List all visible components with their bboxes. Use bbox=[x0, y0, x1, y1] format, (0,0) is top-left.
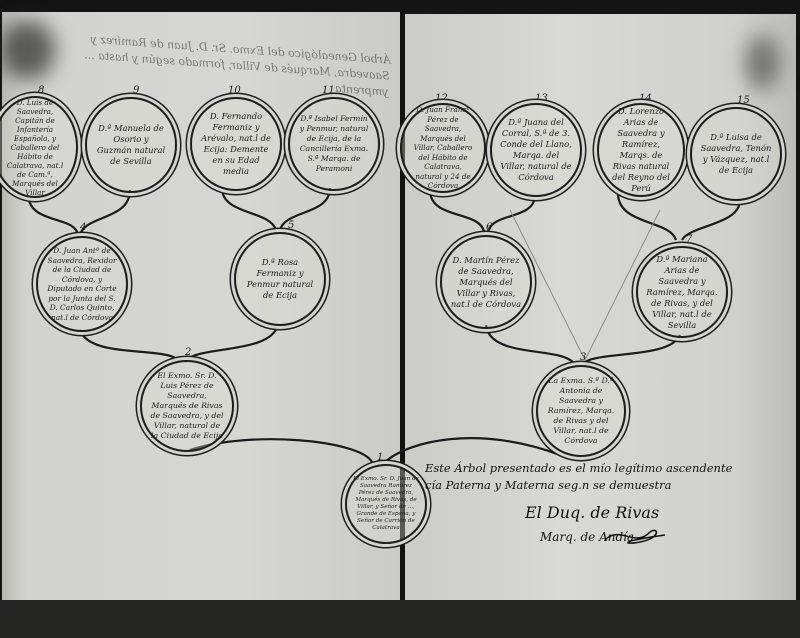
certification-line-2: cía Paterna y Materna seg.n se demuestra bbox=[425, 477, 765, 494]
ancestor-text: D.ª Manuela de Osorio y Guzmán natural d… bbox=[87, 123, 175, 167]
ancestor-circle-4: D. Juan Antº de Saavedra, Rexidor de la … bbox=[36, 236, 128, 332]
ancestor-circle-10: D. Fernando Fermaniz y Arévalo, nat.l de… bbox=[190, 97, 282, 191]
certification-note: Este Árbol presentado es el mío legítimo… bbox=[425, 460, 765, 494]
number-11: 11 bbox=[322, 85, 335, 96]
ancestor-text: D. Luis de Saavedra, Capitán de Infanter… bbox=[0, 98, 76, 197]
ancestor-circle-6: D. Martín Pérez de Saavedra, Marqués del… bbox=[440, 235, 532, 329]
certification-line-1: Este Árbol presentado es el mío legítimo… bbox=[425, 460, 765, 477]
number-3: 3 bbox=[580, 352, 586, 363]
ancestor-text: La Exma. S.ª D.ª Antonia de Saavedra y R… bbox=[538, 376, 624, 446]
ancestor-circle-13: D.ª Juana del Corral, S.ª de 3. Conde de… bbox=[490, 103, 582, 197]
ancestor-circle-15: D.ª Luisa de Saavedra, Tenón y Vázquez, … bbox=[690, 107, 782, 201]
number-4: 4 bbox=[80, 222, 86, 233]
number-6: 6 bbox=[486, 222, 492, 233]
ancestor-text: D.ª Luisa de Saavedra, Tenón y Vázquez, … bbox=[692, 132, 780, 176]
ancestor-text: D.ª Isabel Fermín y Penmur, natural de E… bbox=[290, 114, 378, 174]
number-2: 2 bbox=[185, 347, 191, 358]
ancestor-circle-7: D.ª Mariana Arias de Saavedra y Ramírez,… bbox=[636, 246, 728, 338]
number-5: 5 bbox=[288, 220, 294, 231]
ancestor-text: D. Juan Francº Pérez de Saavedra, Marqué… bbox=[402, 105, 484, 191]
ancestor-circle-12: D. Juan Francº Pérez de Saavedra, Marqué… bbox=[400, 103, 486, 193]
ancestor-text: D.ª Rosa Fermaniz y Penmur natural de Ec… bbox=[236, 257, 324, 301]
ancestor-text: D. Fernando Fermaniz y Arévalo, nat.l de… bbox=[192, 111, 280, 177]
number-1: 1 bbox=[377, 452, 383, 463]
ancestor-circle-9: D.ª Manuela de Osorio y Guzmán natural d… bbox=[85, 97, 177, 193]
ancestor-text: El Exmo. Sr. D. Juan de Saavedra Ramírez… bbox=[347, 476, 425, 532]
ancestor-circle-5: D.ª Rosa Fermaniz y Penmur natural de Ec… bbox=[234, 232, 326, 326]
ancestor-text: D. Lorenzo Arias de Saavedra y Ramírez, … bbox=[599, 106, 683, 194]
ancestor-text: D.ª Juana del Corral, S.ª de 3. Conde de… bbox=[492, 117, 580, 183]
number-15: 15 bbox=[737, 95, 750, 106]
ancestor-text: El Exmo. Sr. D. Luis Pérez de Saavedra, … bbox=[142, 371, 232, 441]
ancestor-text: D. Juan Antº de Saavedra, Rexidor de la … bbox=[38, 246, 126, 322]
ancestor-circle-8: D. Luis de Saavedra, Capitán de Infanter… bbox=[0, 96, 78, 198]
ancestor-circle-11: D.ª Isabel Fermín y Penmur, natural de E… bbox=[288, 97, 380, 191]
ancestor-circle-1: El Exmo. Sr. D. Juan de Saavedra Ramírez… bbox=[345, 464, 427, 544]
ancestor-text: D. Martín Pérez de Saavedra, Marqués del… bbox=[442, 255, 530, 310]
ancestor-circle-14: D. Lorenzo Arias de Saavedra y Ramírez, … bbox=[597, 103, 685, 197]
signature-flourish-icon bbox=[600, 520, 670, 550]
ancestor-text: D.ª Mariana Arias de Saavedra y Ramírez,… bbox=[638, 254, 726, 331]
number-10: 10 bbox=[228, 85, 241, 96]
ancestor-circle-3: La Exma. S.ª D.ª Antonia de Saavedra y R… bbox=[536, 365, 626, 457]
number-7: 7 bbox=[686, 234, 692, 245]
number-8: 8 bbox=[38, 85, 44, 96]
ancestor-circle-2: El Exmo. Sr. D. Luis Pérez de Saavedra, … bbox=[140, 360, 234, 452]
number-9: 9 bbox=[133, 85, 139, 96]
